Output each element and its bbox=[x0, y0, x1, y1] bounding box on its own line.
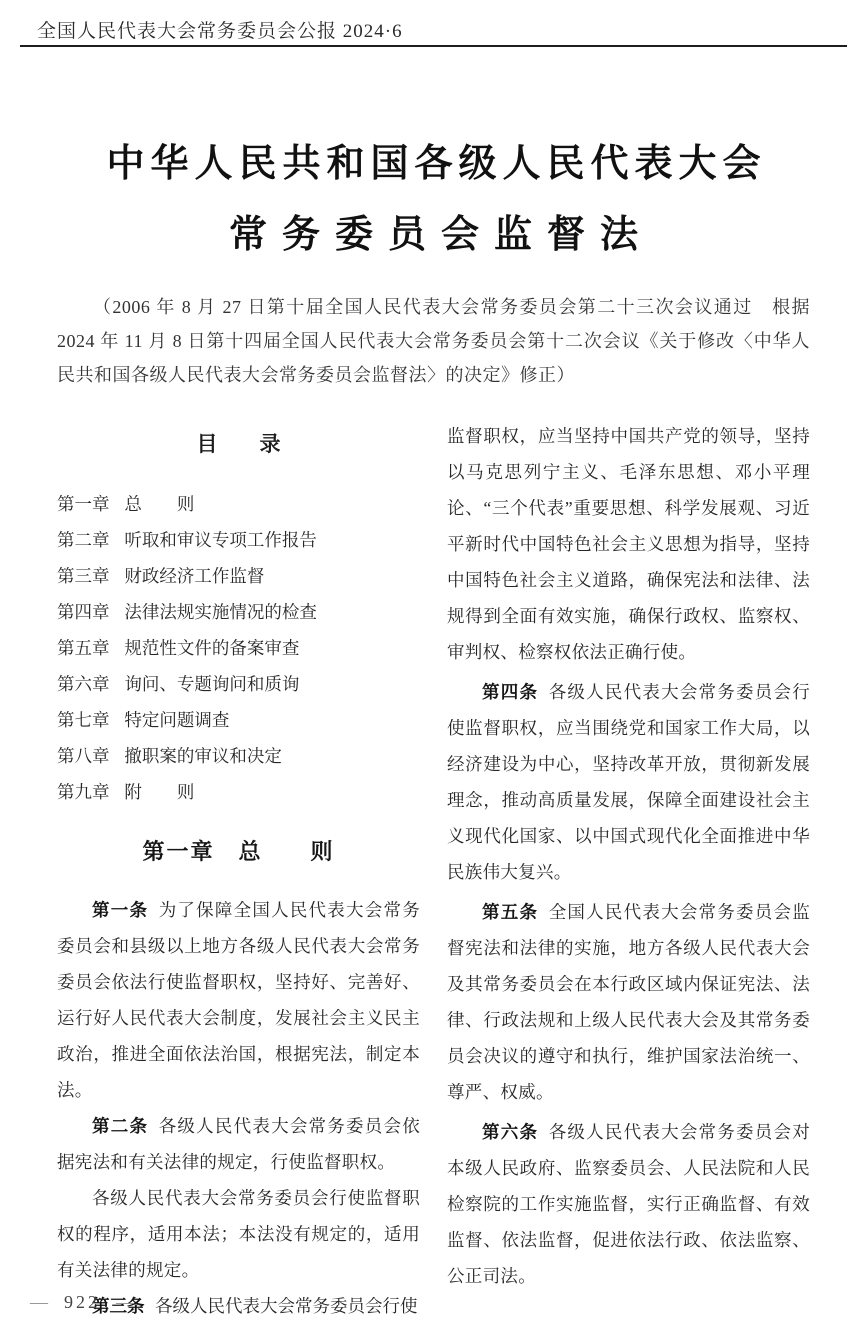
toc-list: 第一章总 则 第二章听取和审议专项工作报告 第三章财政经济工作监督 第四章法律法… bbox=[57, 486, 420, 810]
toc-item: 第二章听取和审议专项工作报告 bbox=[57, 522, 420, 558]
document-title-line1: 中华人民共和国各级人民代表大会 bbox=[0, 132, 867, 187]
chapter1-heading: 第一章 总 则 bbox=[57, 836, 420, 868]
footer-left-dash: — bbox=[30, 1292, 48, 1313]
page-number-footer: — 922 — bbox=[30, 1292, 134, 1313]
body-columns: 目 录 第一章总 则 第二章听取和审议专项工作报告 第三章财政经济工作监督 第四… bbox=[57, 418, 810, 1298]
article-2: 第二条各级人民代表大会常务委员会依据宪法和有关法律的规定，行使监督职权。 bbox=[57, 1108, 420, 1180]
toc-chapter-title: 法律法规实施情况的检查 bbox=[124, 602, 317, 622]
toc-item: 第六章询问、专题询问和质询 bbox=[57, 666, 420, 702]
toc-chapter-title: 规范性文件的备案审查 bbox=[124, 638, 299, 658]
article-5-label: 第五条 bbox=[482, 902, 538, 922]
page-number: 922 bbox=[64, 1292, 100, 1313]
article-3-text-left: 各级人民代表大会常务委员会行使 bbox=[155, 1296, 418, 1316]
toc-heading: 目 录 bbox=[57, 430, 420, 460]
article-6: 第六条各级人民代表大会常务委员会对本级人民政府、监察委员会、人民法院和人民检察院… bbox=[447, 1114, 810, 1294]
document-title: 中华人民共和国各级人民代表大会 常务委员会监督法 bbox=[0, 132, 867, 258]
toc-item: 第一章总 则 bbox=[57, 486, 420, 522]
toc-item: 第七章特定问题调查 bbox=[57, 702, 420, 738]
toc-chapter-label: 第三章 bbox=[57, 558, 110, 594]
toc-item: 第三章财政经济工作监督 bbox=[57, 558, 420, 594]
gazette-page: 全国人民代表大会常务委员会公报 2024·6 中华人民共和国各级人民代表大会 常… bbox=[0, 0, 867, 1335]
toc-chapter-label: 第七章 bbox=[57, 702, 110, 738]
article-5-text: 全国人民代表大会常务委员会监督宪法和法律的实施，地方各级人民代表大会及其常务委员… bbox=[447, 902, 810, 1102]
toc-chapter-label: 第五章 bbox=[57, 630, 110, 666]
toc-item: 第八章撤职案的审议和决定 bbox=[57, 738, 420, 774]
article-6-text: 各级人民代表大会常务委员会对本级人民政府、监察委员会、人民法院和人民检察院的工作… bbox=[447, 1122, 810, 1286]
toc-chapter-title: 财政经济工作监督 bbox=[124, 566, 264, 586]
article-4-label: 第四条 bbox=[482, 682, 538, 702]
article-1-text: 为了保障全国人民代表大会常务委员会和县级以上地方各级人民代表大会常务委员会依法行… bbox=[57, 900, 420, 1100]
toc-chapter-label: 第二章 bbox=[57, 522, 110, 558]
article-6-label: 第六条 bbox=[482, 1122, 538, 1142]
left-column: 目 录 第一章总 则 第二章听取和审议专项工作报告 第三章财政经济工作监督 第四… bbox=[57, 418, 420, 1298]
toc-item: 第九章附 则 bbox=[57, 774, 420, 810]
toc-chapter-title: 总 则 bbox=[124, 494, 194, 514]
toc-item: 第五章规范性文件的备案审查 bbox=[57, 630, 420, 666]
article-1-label: 第一条 bbox=[92, 900, 148, 920]
article-2-paragraph-2: 各级人民代表大会常务委员会行使监督职权的程序，适用本法；本法没有规定的，适用有关… bbox=[57, 1180, 420, 1288]
right-column: 监督职权，应当坚持中国共产党的领导，坚持以马克思列宁主义、毛泽东思想、邓小平理论… bbox=[447, 418, 810, 1298]
toc-chapter-title: 撤职案的审议和决定 bbox=[124, 746, 282, 766]
article-2-label: 第二条 bbox=[92, 1116, 148, 1136]
toc-item: 第四章法律法规实施情况的检查 bbox=[57, 594, 420, 630]
article-5: 第五条全国人民代表大会常务委员会监督宪法和法律的实施，地方各级人民代表大会及其常… bbox=[447, 894, 810, 1110]
document-title-line2: 常务委员会监督法 bbox=[0, 203, 867, 258]
article-4: 第四条各级人民代表大会常务委员会行使监督职权，应当围绕党和国家工作大局，以经济建… bbox=[447, 674, 810, 890]
toc-chapter-title: 询问、专题询问和质询 bbox=[124, 674, 299, 694]
toc-chapter-title: 特定问题调查 bbox=[124, 710, 229, 730]
toc-chapter-label: 第一章 bbox=[57, 486, 110, 522]
adoption-note: （2006 年 8 月 27 日第十届全国人民代表大会常务委员会第二十三次会议通… bbox=[57, 290, 810, 392]
toc-chapter-label: 第四章 bbox=[57, 594, 110, 630]
article-1: 第一条为了保障全国人民代表大会常务委员会和县级以上地方各级人民代表大会常务委员会… bbox=[57, 892, 420, 1108]
toc-chapter-label: 第八章 bbox=[57, 738, 110, 774]
footer-right-dash: — bbox=[116, 1292, 134, 1313]
toc-chapter-title: 听取和审议专项工作报告 bbox=[124, 530, 317, 550]
article-4-text: 各级人民代表大会常务委员会行使监督职权，应当围绕党和国家工作大局，以经济建设为中… bbox=[447, 682, 810, 882]
header-rule bbox=[20, 45, 847, 47]
toc-chapter-label: 第六章 bbox=[57, 666, 110, 702]
masthead-text: 全国人民代表大会常务委员会公报 2024·6 bbox=[37, 16, 403, 43]
toc-chapter-title: 附 则 bbox=[124, 782, 194, 802]
toc-chapter-label: 第九章 bbox=[57, 774, 110, 810]
article-3-continuation: 监督职权，应当坚持中国共产党的领导，坚持以马克思列宁主义、毛泽东思想、邓小平理论… bbox=[447, 418, 810, 670]
